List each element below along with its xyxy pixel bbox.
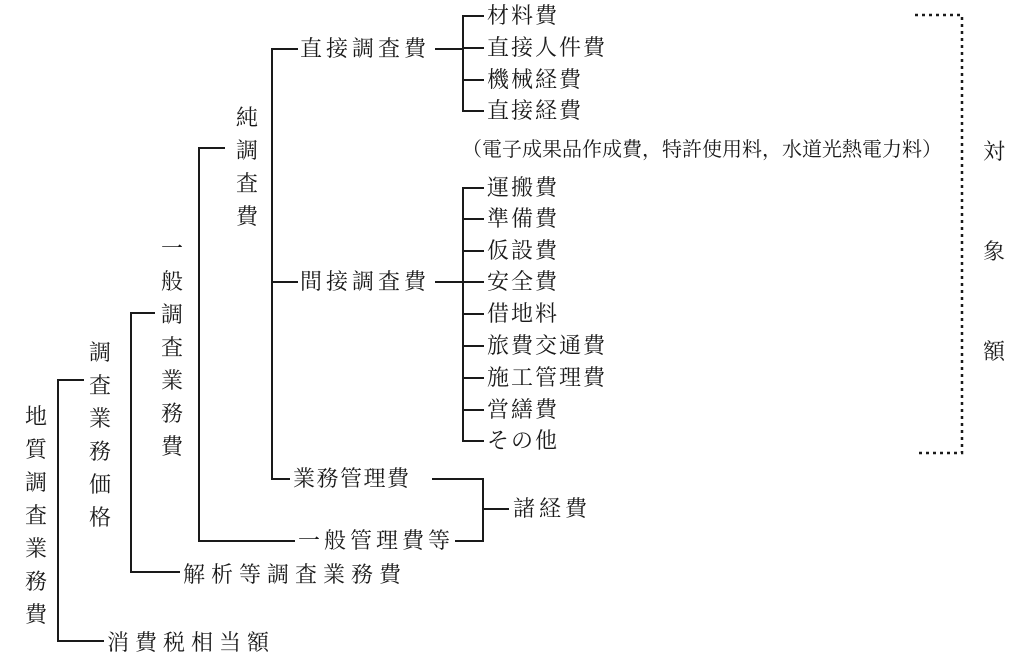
node-general-admin-cost: 一般管理費等 bbox=[298, 527, 454, 555]
target-amount-label: 対象額 bbox=[981, 102, 1007, 402]
bracket-net-survey bbox=[272, 49, 297, 479]
leaf-temporary-works-cost: 仮設費 bbox=[487, 237, 559, 265]
node-general-survey-cost: 一般調査業務費 bbox=[159, 232, 185, 463]
cost-structure-diagram: 地質調査業務費 調査業務価格 一般調査業務費 純調査費 対象額 直接調査費 間接… bbox=[0, 0, 1024, 666]
node-consumption-tax: 消費税相当額 bbox=[107, 629, 275, 657]
leaf-direct-expenses: 直接経費 bbox=[487, 97, 583, 125]
leaf-material-cost: 材料費 bbox=[487, 2, 559, 30]
bracket-direct-survey bbox=[436, 16, 483, 111]
leaf-others: その他 bbox=[487, 427, 559, 455]
leaf-safety-cost: 安全費 bbox=[487, 268, 559, 296]
leaf-construction-management-cost: 施工管理費 bbox=[487, 364, 607, 392]
leaf-preparation-cost: 準備費 bbox=[487, 205, 559, 233]
bracket-indirect-survey bbox=[436, 188, 483, 441]
leaf-direct-personnel-cost: 直接人件費 bbox=[487, 34, 607, 62]
node-net-survey-cost: 純調査費 bbox=[234, 101, 260, 233]
node-indirect-survey-cost: 間接調査費 bbox=[300, 268, 430, 296]
leaf-machinery-cost: 機械経費 bbox=[487, 66, 583, 94]
node-survey-work-price: 調査業務価格 bbox=[87, 336, 113, 534]
leaf-travel-expenses: 旅費交通費 bbox=[487, 332, 607, 360]
node-work-management-cost: 業務管理費 bbox=[293, 465, 411, 493]
leaf-land-rent: 借地料 bbox=[487, 300, 559, 328]
direct-expenses-note: （電子成果品作成費，特許使用料，水道光熱電力料） bbox=[462, 137, 942, 163]
node-direct-survey-cost: 直接調査費 bbox=[300, 35, 430, 63]
node-misc-expenses: 諸経費 bbox=[513, 495, 591, 523]
leaf-building-repair-cost: 営繕費 bbox=[487, 396, 559, 424]
target-amount-bracket bbox=[915, 15, 962, 453]
node-geological-survey-cost: 地質調査業務費 bbox=[23, 400, 49, 631]
node-analysis-survey-cost: 解析等調査業務費 bbox=[183, 561, 407, 589]
leaf-transport-cost: 運搬費 bbox=[487, 174, 559, 202]
